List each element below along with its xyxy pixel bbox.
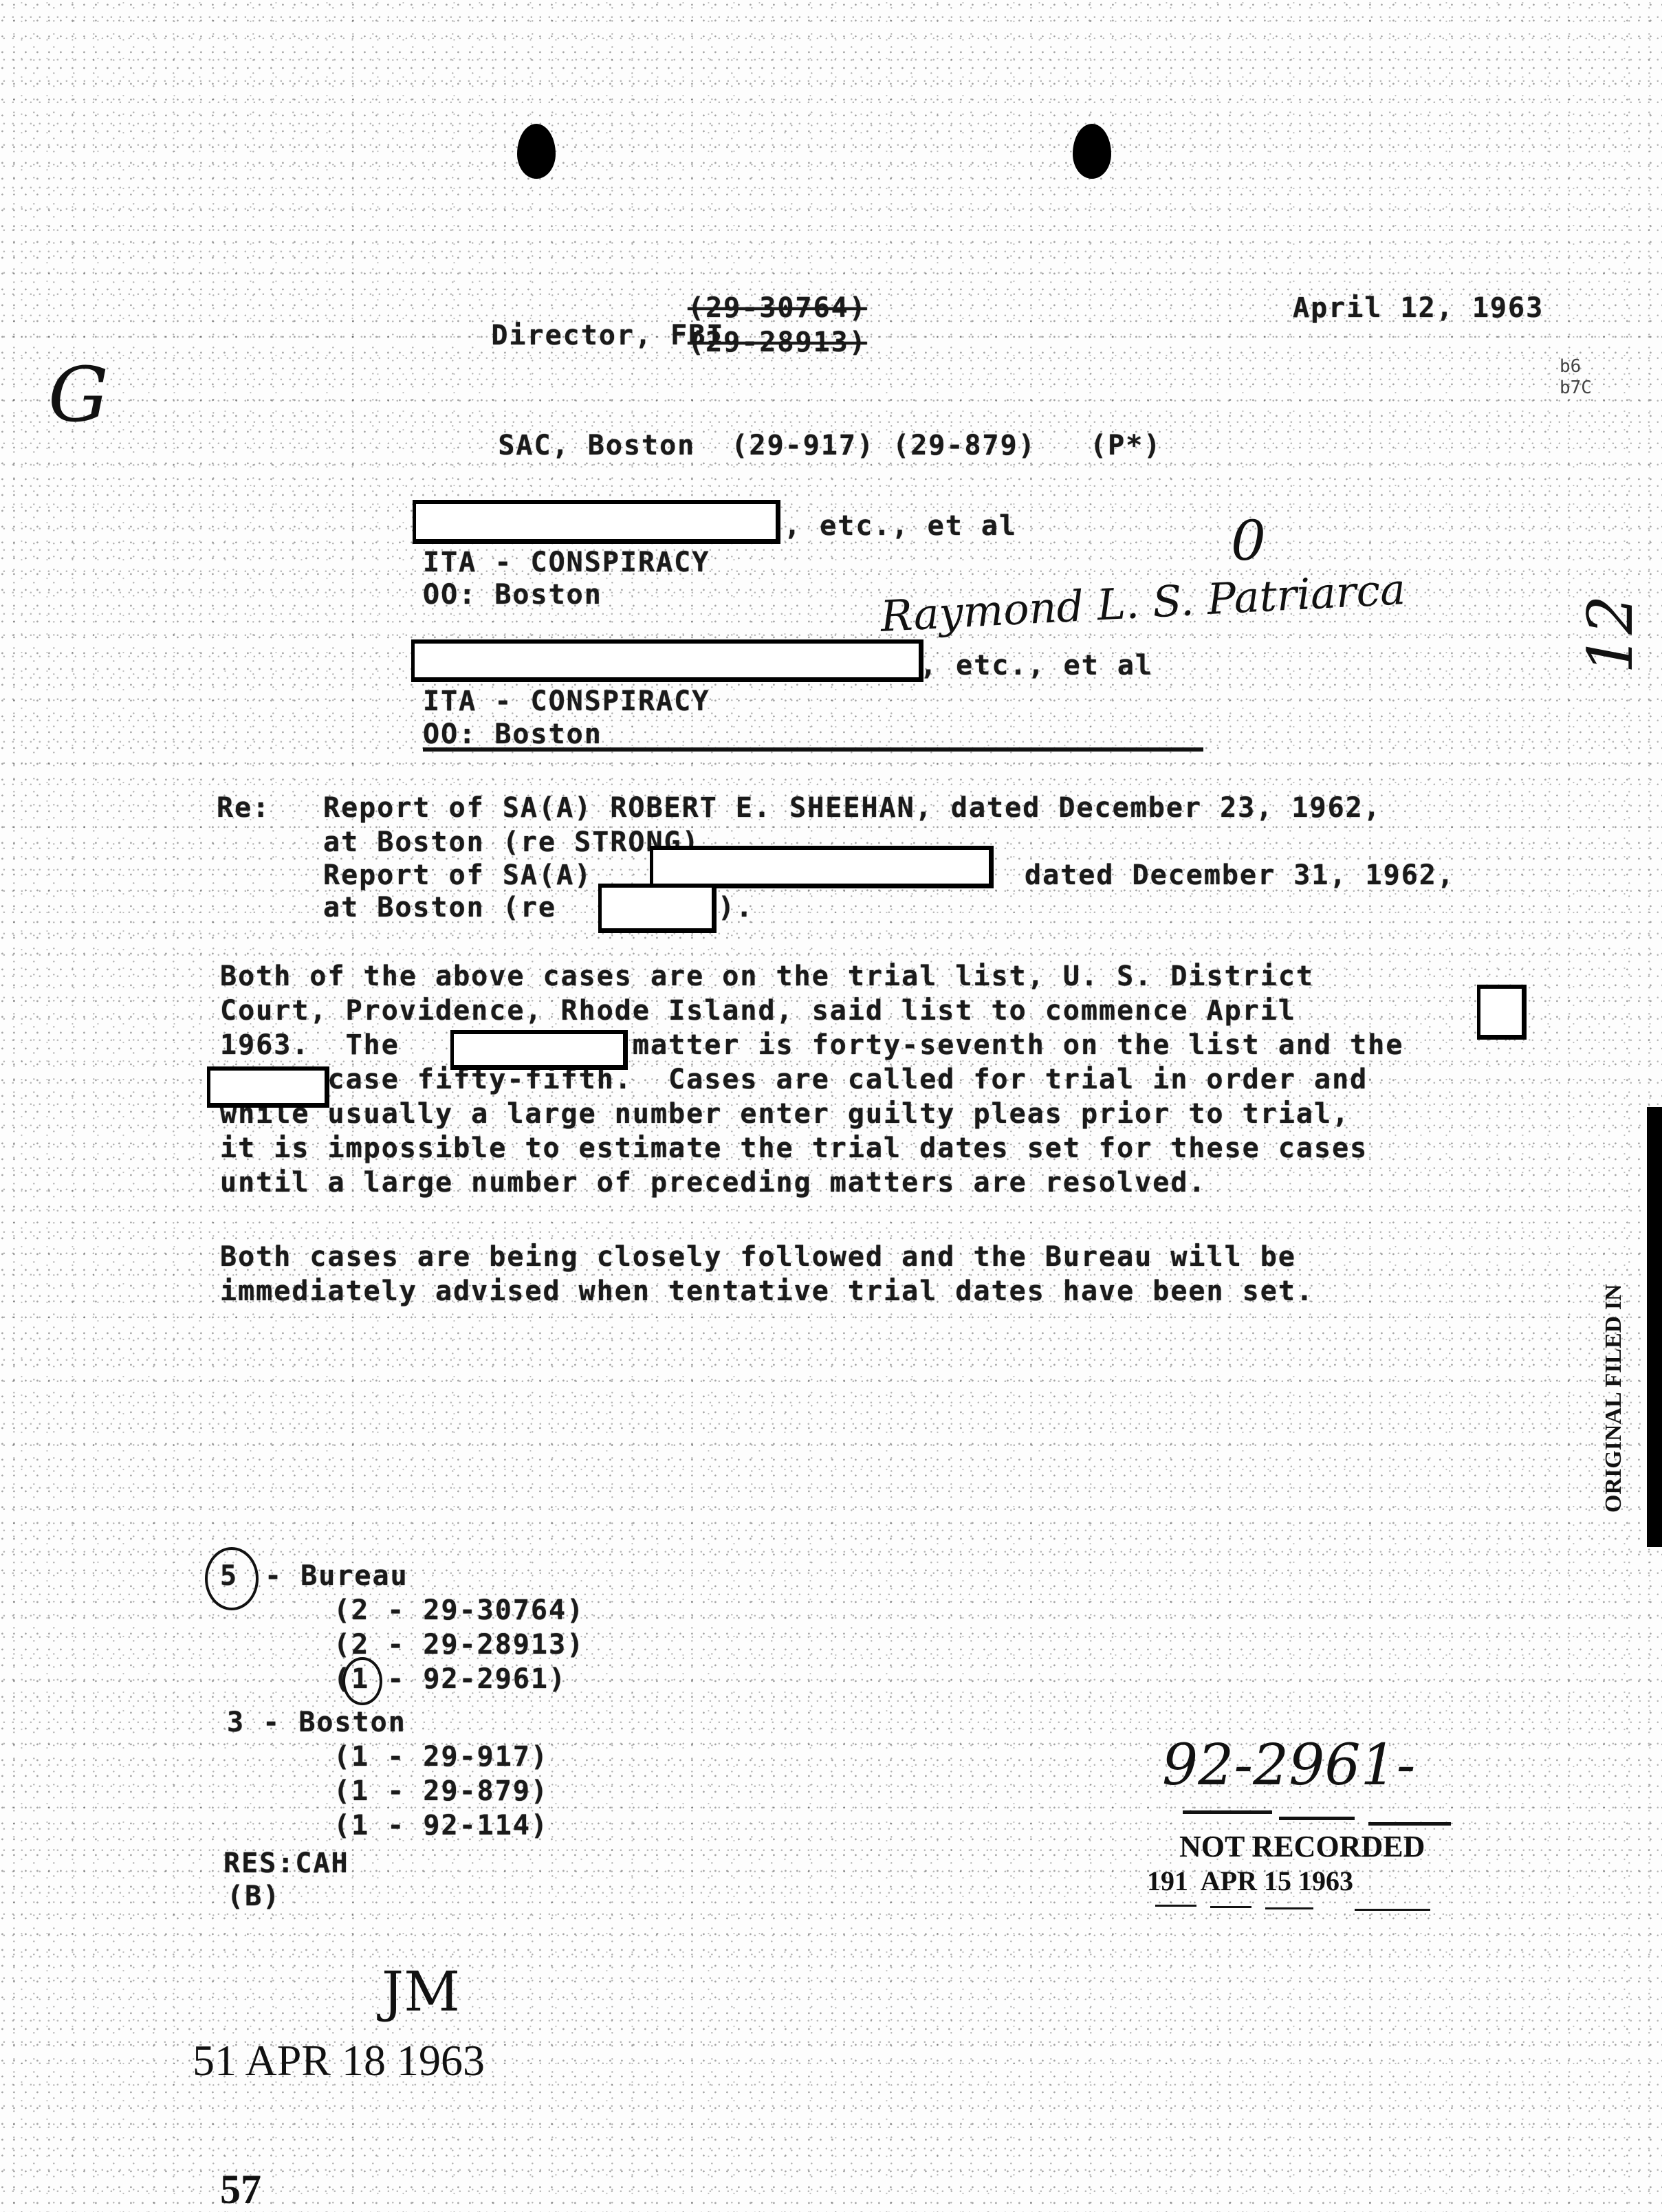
redaction-box	[413, 500, 780, 544]
caption-1-charge: ITA - CONSPIRACY	[423, 549, 710, 576]
boston-label: 3 - Boston	[227, 1709, 406, 1736]
sender: SAC, Boston	[498, 430, 695, 461]
punch-hole-right	[1073, 124, 1111, 179]
file-number-underline	[1279, 1817, 1355, 1820]
redaction-box	[650, 846, 994, 888]
caption-2-charge: ITA - CONSPIRACY	[423, 688, 710, 715]
redaction-box	[411, 639, 923, 682]
reference-line-4-prefix: at Boston (re	[323, 894, 556, 921]
recorded-date-stamp: 191 APR 15 1963	[1147, 1865, 1353, 1897]
document-page: Director, FBI (29-30764) (29-28913) Apri…	[0, 0, 1662, 2212]
priority-mark: (P*)	[1090, 430, 1161, 461]
body-line: until a large number of preceding matter…	[220, 1169, 1403, 1203]
from-line: SAC, Boston (29-917) (29-879) (P*)	[426, 404, 1161, 487]
stamp-line	[1355, 1909, 1430, 1911]
body-line: it is impossible to estimate the trial d…	[220, 1135, 1403, 1169]
margin-initials: G	[48, 351, 109, 439]
handwritten-name-annotation: Raymond L. S. Patriarca	[879, 564, 1407, 642]
body-line: case fifty-fifth. Cases are called for t…	[220, 1066, 1403, 1100]
boston-copy-item: (1 - 29-879)	[334, 1777, 549, 1812]
body-line: while usually a large number enter guilt…	[220, 1100, 1403, 1135]
original-filed-in-stamp: ORIGINAL FILED IN	[1601, 1284, 1627, 1513]
bureau-label: - Bureau	[265, 1562, 408, 1590]
exemption-codes: b6 b7C	[1560, 356, 1592, 399]
boston-copies: (1 - 29-917) (1 - 29-879) (1 - 92-114)	[334, 1743, 549, 1846]
copy-count-circle	[342, 1657, 382, 1705]
exemption-b6: b6	[1560, 356, 1592, 377]
redaction-box	[207, 1066, 329, 1108]
bureau-count: 5	[220, 1562, 238, 1590]
scan-edge-bar	[1647, 1107, 1662, 1547]
handwritten-side-number: 12	[1575, 595, 1647, 674]
punch-hole-left	[517, 124, 556, 179]
caption-2-office: OO: Boston	[423, 721, 602, 748]
to-file-ref-2: (29-28913)	[688, 329, 867, 356]
boston-copy-item: (1 - 29-917)	[334, 1743, 549, 1777]
bottom-serial-number: 57	[220, 2166, 261, 2212]
reference-line-3-prefix: Report of SA(A)	[323, 862, 592, 889]
bureau-copy-item: (2 - 29-30764)	[334, 1597, 584, 1631]
caption-underline	[423, 747, 1203, 752]
body-paragraph-1: Both of the above cases are on the trial…	[220, 963, 1403, 1203]
body-line: Both of the above cases are on the trial…	[220, 963, 1403, 997]
stamp-line	[1265, 1907, 1313, 1909]
reference-line-3-suffix: dated December 31, 1962,	[1025, 862, 1455, 889]
redaction-box	[450, 1030, 628, 1070]
reference-label: Re:	[217, 794, 270, 822]
distribution-code: (B)	[227, 1883, 281, 1910]
redaction-box	[1477, 985, 1527, 1040]
file-number-underline	[1368, 1822, 1451, 1826]
received-date-stamp: 51 APR 18 1963	[193, 2035, 485, 2086]
file-number-underline	[1183, 1810, 1272, 1814]
body-line: Court, Providence, Rhode Island, said li…	[220, 997, 1403, 1031]
redaction-box	[598, 884, 717, 933]
handwritten-initials-bottom: JM	[382, 1960, 460, 2024]
to-line: Director, FBI	[419, 294, 724, 377]
body-line: Both cases are being closely followed an…	[220, 1243, 1314, 1278]
caption-1-office: OO: Boston	[423, 581, 602, 609]
body-paragraph-2: Both cases are being closely followed an…	[220, 1243, 1314, 1312]
stamp-line	[1210, 1906, 1251, 1908]
body-line: 1963. The matter is forty-seventh on the…	[220, 1031, 1403, 1066]
from-file-refs: (29-917) (29-879)	[731, 430, 1036, 461]
caption-1-suffix: , etc., et al	[784, 512, 1017, 540]
document-date: April 12, 1963	[1293, 294, 1544, 322]
exemption-b7c: b7C	[1560, 377, 1592, 399]
to-file-ref-1: (29-30764)	[688, 294, 867, 322]
stamp-line	[1155, 1905, 1196, 1907]
reference-line-4-suffix: ).	[718, 894, 754, 921]
handwritten-file-number: 92-2961-	[1162, 1733, 1415, 1798]
body-line: immediately advised when tentative trial…	[220, 1278, 1314, 1312]
reference-line-1: Report of SA(A) ROBERT E. SHEEHAN, dated…	[323, 794, 1381, 822]
typist-initials: RES:CAH	[223, 1850, 349, 1877]
not-recorded-stamp: NOT RECORDED	[1179, 1829, 1425, 1864]
boston-copy-item: (1 - 92-114)	[334, 1812, 549, 1846]
handwritten-circle-mark: 0	[1231, 509, 1266, 573]
caption-2-suffix: , etc., et al	[920, 652, 1153, 679]
